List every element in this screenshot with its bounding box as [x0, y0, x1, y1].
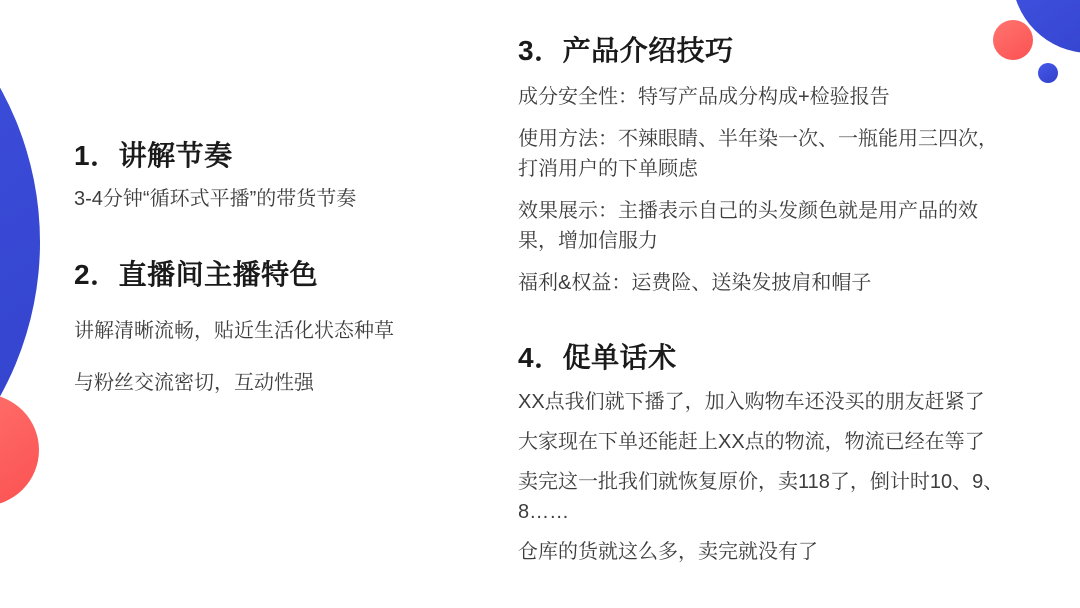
section-explain-rhythm: 1．讲解节奏 3-4分钟“循环式平播”的带货节奏	[74, 137, 504, 214]
section-1-paragraph: 3-4分钟“循环式平播”的带货节奏	[74, 184, 504, 214]
section-4-paragraph-1: XX点我们就下播了，加入购物车还没买的朋友赶紧了	[518, 387, 1008, 417]
section-3-paragraph-2: 使用方法：不辣眼睛、半年染一次、一瓶能用三四次，打消用户的下单顾虑	[518, 124, 1008, 184]
section-host-features: 2．直播间主播特色 讲解清晰流畅，贴近生活化状态种草 与粉丝交流密切，互动性强	[74, 256, 504, 398]
section-4-paragraph-4: 仓库的货就这么多，卖完就没有了	[518, 537, 1008, 567]
section-3-paragraph-3: 效果展示：主播表示自己的头发颜色就是用产品的效果，增加信服力	[518, 196, 1008, 256]
section-4-paragraph-2: 大家现在下单还能赶上XX点的物流，物流已经在等了	[518, 427, 1008, 457]
section-3-paragraph-1: 成分安全性：特写产品成分构成+检验报告	[518, 82, 1008, 112]
left-coral-circle-decoration	[0, 394, 39, 506]
section-product-intro-skills: 3．产品介绍技巧 成分安全性：特写产品成分构成+检验报告 使用方法：不辣眼睛、半…	[518, 32, 1008, 298]
top-right-small-blue-dot-decoration	[1038, 63, 1058, 83]
presentation-slide: 1．讲解节奏 3-4分钟“循环式平播”的带货节奏 2．直播间主播特色 讲解清晰流…	[0, 0, 1080, 608]
section-1-title: 1．讲解节奏	[74, 137, 504, 175]
section-2-title: 2．直播间主播特色	[74, 256, 504, 294]
section-2-paragraph-2: 与粉丝交流密切，互动性强	[74, 368, 504, 398]
section-4-paragraph-3: 卖完这一批我们就恢复原价，卖118了，倒计时10、9、8……	[518, 467, 1008, 527]
section-2-paragraph-1: 讲解清晰流畅，贴近生活化状态种草	[74, 316, 504, 346]
section-4-title: 4．促单话术	[518, 339, 1008, 377]
section-3-title: 3．产品介绍技巧	[518, 32, 1008, 70]
section-sales-push-scripts: 4．促单话术 XX点我们就下播了，加入购物车还没买的朋友赶紧了 大家现在下单还能…	[518, 339, 1008, 567]
section-3-paragraph-4: 福利&权益：运费险、送染发披肩和帽子	[518, 268, 1008, 298]
